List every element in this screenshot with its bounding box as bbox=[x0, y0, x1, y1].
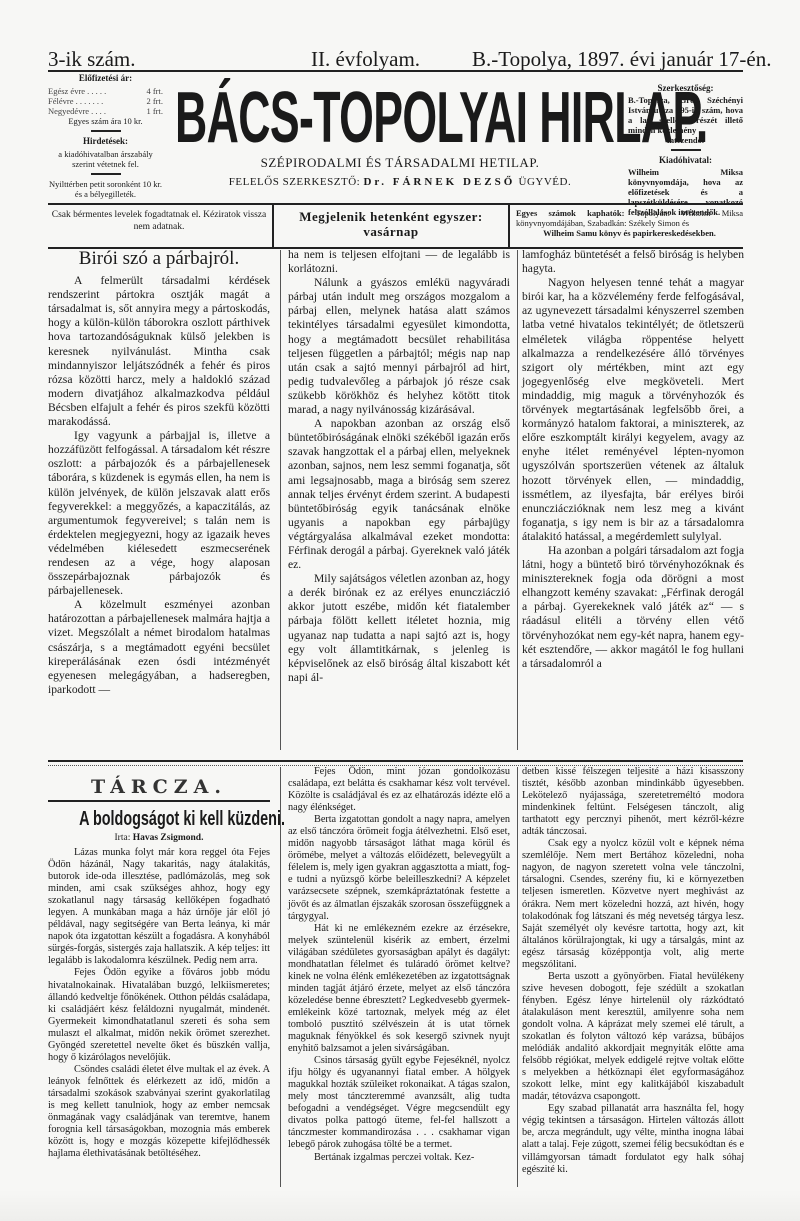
paragraph: Nagyon helyesen tenné tehát a magyar bir… bbox=[522, 276, 744, 544]
paragraph: A felmerült társadalmi kérdések rendszer… bbox=[48, 274, 270, 429]
letters-notice: Csak bérmentes levelek fogadtatnak el. K… bbox=[48, 209, 270, 233]
paragraph: Mily sajátságos véletlen azonban az, hog… bbox=[288, 572, 510, 685]
paragraph: Ha azonban a polgári társadalom azt fogj… bbox=[522, 544, 744, 671]
paragraph: Bertának izgalmas perczei voltak. Kez- bbox=[288, 1152, 510, 1164]
divider bbox=[671, 149, 701, 151]
feuilleton-rule bbox=[48, 800, 270, 802]
paragraph: Csöndes családi életet élve multak el az… bbox=[48, 1064, 270, 1160]
masthead-top-line: 3-ik szám. II. évfolyam. B.-Topolya, 189… bbox=[48, 47, 798, 71]
frequency-line-1: Megjelenik hetenként egyszer: bbox=[274, 209, 508, 224]
article-column-2: ha nem is teljesen elfojtani — de legalá… bbox=[288, 248, 510, 685]
column-rule bbox=[280, 250, 281, 750]
editorial-heading: Szerkesztőség: bbox=[628, 83, 743, 93]
editorial-text: B.-Topolya, Gróf Széchényi István utcza … bbox=[628, 95, 743, 135]
price-label: Egész évre . . . . . bbox=[48, 86, 106, 96]
column-rule bbox=[517, 767, 518, 1187]
paragraph: A napokban azonban az ország első büntet… bbox=[288, 417, 510, 572]
editorial-text-end: intézendő. bbox=[628, 135, 743, 145]
paragraph: detben kissé félszegen teljesité a házi … bbox=[522, 766, 744, 838]
subscription-heading: Előfizetési ár: bbox=[48, 73, 163, 83]
price-value: 1 frt. bbox=[146, 106, 163, 116]
divider bbox=[91, 173, 121, 175]
paragraph: Egy szabad pillanatát arra használta fel… bbox=[522, 1103, 744, 1175]
ads-heading: Hirdetések: bbox=[48, 136, 163, 146]
ads-text: a kiadóhivatalban árszabály szerint véte… bbox=[48, 149, 163, 169]
subscription-box: Előfizetési ár: Egész évre . . . . .4 fr… bbox=[48, 73, 163, 199]
paragraph: ha nem is teljesen elfojtani — de legalá… bbox=[288, 248, 510, 276]
newspaper-title: BÁCS-TOPOLYAI HIRLAP. bbox=[175, 84, 448, 152]
frequency-line-2: vasárnap bbox=[274, 224, 508, 239]
paragraph: Csinos társaság gyült egybe Fejeséknél, … bbox=[288, 1055, 510, 1151]
paragraph: Hát ki ne emlékezném ezekre az érzésekre… bbox=[288, 923, 510, 1056]
price-row-quarter: Negyedévre . . . .1 frt. bbox=[48, 106, 163, 116]
frequency-notice: Megjelenik hetenként egyszer: vasárnap bbox=[272, 205, 510, 247]
price-value: 4 frt. bbox=[146, 86, 163, 96]
copies-end: Wilheim Samu könyv és papirkereskedésekb… bbox=[516, 228, 743, 238]
responsible-editor: FELELŐS SZERKESZTŐ: Dr. FÁRNEK DEZSŐ ÜGY… bbox=[170, 176, 630, 188]
paragraph: Fejes Ödön egyike a főváros jobb módu hi… bbox=[48, 967, 270, 1063]
masthead-rule bbox=[48, 70, 743, 72]
story-column-2: Fejes Ödön, mint józan gondolkozásu csal… bbox=[288, 766, 510, 1164]
feuilleton-section-heading: TÁRCZA. bbox=[48, 776, 270, 798]
info-bar: Csak bérmentes levelek fogadtatnak el. K… bbox=[48, 203, 743, 249]
page-bottom-edge bbox=[0, 1190, 800, 1221]
story-column-3: detben kissé félszegen teljesité a házi … bbox=[522, 766, 744, 1176]
paragraph: Igy vagyunk a párbajjal is, illetve a ho… bbox=[48, 429, 270, 598]
paragraph: Fejes Ödön, mint józan gondolkozásu csal… bbox=[288, 766, 510, 814]
editor-prefix: FELELŐS SZERKESZTŐ: bbox=[229, 176, 360, 188]
byline-prefix: Irta: bbox=[115, 833, 131, 843]
story-column-1: Lázas munka folyt már kora reggel óta Fe… bbox=[48, 847, 270, 1160]
paragraph: Csak egy a nyolcz közül volt e képnek né… bbox=[522, 838, 744, 971]
nyilter-text: Nyilttérben petit soronként 10 kr. és a … bbox=[48, 179, 163, 199]
copies-notice: Egyes számok kaphatók: Topolyán: Wilheim… bbox=[516, 208, 743, 238]
divider bbox=[91, 130, 121, 132]
paragraph: Berta uszott a gyönyörben. Fiatal hevülé… bbox=[522, 971, 744, 1104]
paragraph: lamfogház büntetését a felső biróság is … bbox=[522, 248, 744, 276]
paragraph: A közelmult eszményei azonban határozott… bbox=[48, 598, 270, 697]
author-name: Havas Zsigmond. bbox=[133, 833, 204, 843]
editorial-office-box: Szerkesztőség: B.-Topolya, Gróf Széchény… bbox=[628, 83, 743, 217]
price-row-half: Félévre . . . . . . .2 frt. bbox=[48, 96, 163, 106]
editor-name: Dr. FÁRNEK DEZSŐ bbox=[363, 176, 515, 188]
article-column-1: Birói szó a párbajról. A felmerült társa… bbox=[48, 248, 270, 697]
article-title: Birói szó a párbajról. bbox=[48, 252, 270, 266]
price-row-year: Egész évre . . . . .4 frt. bbox=[48, 86, 163, 96]
issue-number: 3-ik szám. bbox=[48, 47, 135, 72]
article-column-3: lamfogház büntetését a felső biróság is … bbox=[522, 248, 744, 671]
column-rule bbox=[517, 250, 518, 750]
volume-number: II. évfolyam. bbox=[311, 47, 420, 72]
editor-suffix: ÜGYVÉD. bbox=[519, 176, 572, 188]
column-rule bbox=[280, 767, 281, 1187]
price-label: Negyedévre . . . . bbox=[48, 106, 106, 116]
single-price: Egyes szám ára 10 kr. bbox=[48, 116, 163, 126]
story-byline: Irta: Havas Zsigmond. bbox=[48, 833, 270, 843]
price-value: 2 frt. bbox=[146, 96, 163, 106]
newspaper-subtitle: SZÉPIRODALMI ÉS TÁRSADALMI HETILAP. bbox=[175, 155, 625, 171]
paragraph: Nálunk a gyászos emlékü nagyváradi párba… bbox=[288, 276, 510, 417]
copies-label: Egyes számok kaphatók: bbox=[516, 208, 625, 218]
price-label: Félévre . . . . . . . bbox=[48, 96, 103, 106]
paragraph: Lázas munka folyt már kora reggel óta Fe… bbox=[48, 847, 270, 967]
place-date: B.-Topolya, 1897. évi január 17-én. bbox=[472, 47, 771, 72]
publisher-heading: Kiadóhivatal: bbox=[628, 155, 743, 165]
paragraph: Berta izgatottan gondolt a nagy napra, a… bbox=[288, 814, 510, 922]
story-title: A boldogságot ki kell küzdeni. bbox=[79, 808, 239, 831]
